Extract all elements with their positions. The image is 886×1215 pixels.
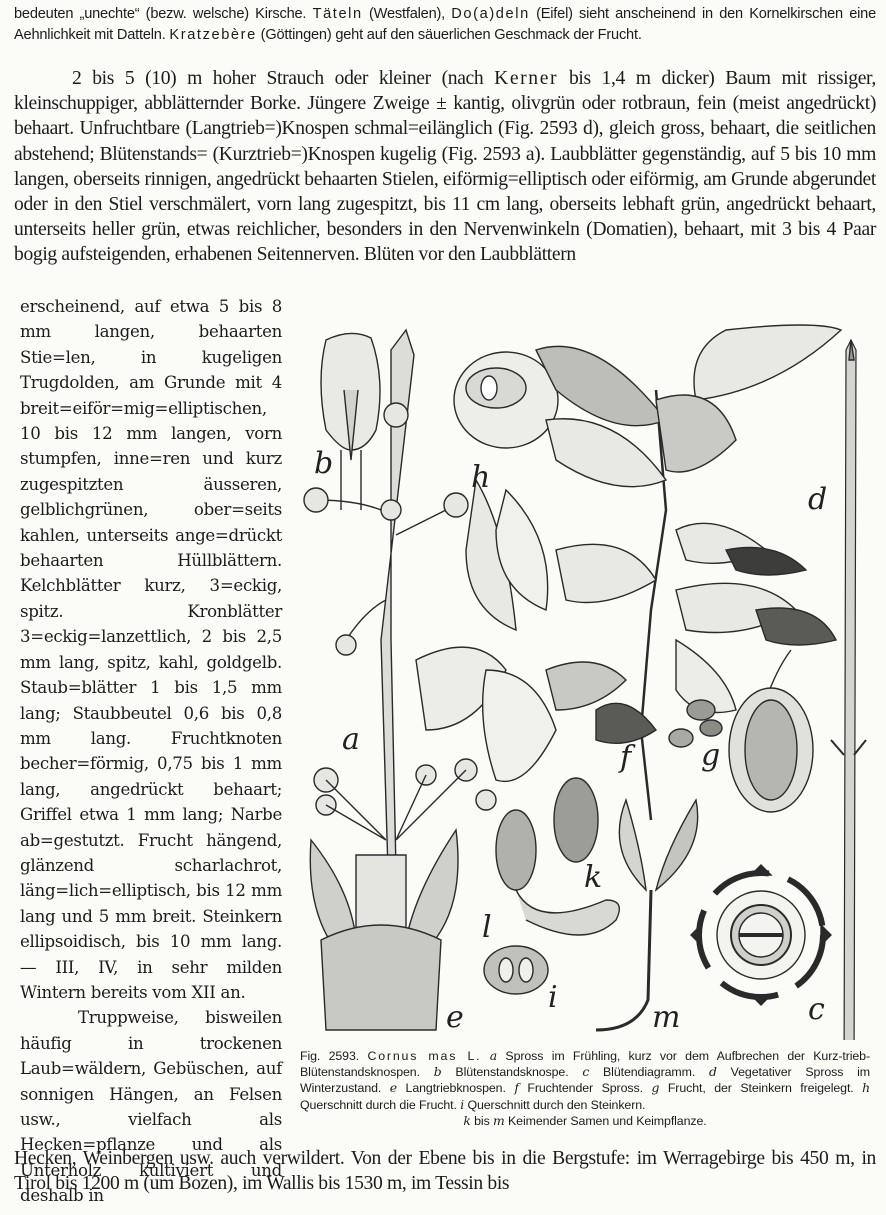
author-name: Kerner xyxy=(494,68,558,89)
vernacular-name: Täteln xyxy=(313,6,363,22)
figure-label-l: l xyxy=(482,910,492,945)
caption-label-a: a xyxy=(490,1048,497,1063)
description-paragraph: 2 bis 5 (10) m hoher Strauch oder kleine… xyxy=(14,66,876,268)
figure-label-m: m xyxy=(652,1000,680,1035)
caption-label-e: e xyxy=(390,1080,397,1095)
top-paragraph: bedeuten „unechte“ (bezw. welsche) Kirsc… xyxy=(14,4,876,45)
vernacular-name: Kratzebère xyxy=(169,27,256,43)
figure-label-f: f xyxy=(620,740,631,775)
caption-label-k: k xyxy=(463,1113,470,1128)
text-span: bis 1,4 m dicker) Baum mit rissiger, kle… xyxy=(14,68,876,265)
caption-label-m: m xyxy=(493,1113,505,1128)
caption-label-d: d xyxy=(709,1064,717,1079)
text-span: 2 bis 5 (10) m hoher Strauch oder kleine… xyxy=(72,68,483,89)
figure-label-h: h xyxy=(471,460,490,495)
caption-label-f: f xyxy=(514,1080,519,1095)
species-name: Cornus mas L. xyxy=(367,1049,481,1063)
text-span: bedeuten „unechte“ (bezw. welsche) Kirsc… xyxy=(14,6,306,22)
figure-label-c: c xyxy=(808,992,825,1027)
text-span: (Göttingen) geht auf den säuerlichen Ges… xyxy=(261,27,642,43)
caption-text-g: Frucht, der Steinkern freigelegt. xyxy=(668,1081,854,1095)
caption-label-i: i xyxy=(460,1097,464,1112)
caption-text: bis xyxy=(474,1114,490,1128)
figure-label-a: a xyxy=(342,722,360,757)
flower-description: erscheinend, auf etwa 5 bis 8 mm langen,… xyxy=(20,297,282,1002)
figure-label-b: b xyxy=(314,446,333,481)
figure-label-g: g xyxy=(701,738,720,773)
figure-label-d: d xyxy=(808,482,827,517)
text-span: (Westfalen), xyxy=(369,6,445,22)
caption-text-i: Querschnitt durch den Steinkern. xyxy=(467,1098,645,1112)
caption-text-f: Fruchtender Spross. xyxy=(527,1081,643,1095)
caption-text-h: Querschnitt durch die Frucht. xyxy=(300,1098,457,1112)
figure-number: Fig. 2593. xyxy=(300,1049,359,1063)
figure-label-k: k xyxy=(584,860,602,895)
figure-label-i: i xyxy=(548,980,558,1015)
caption-label-g: g xyxy=(651,1080,659,1095)
distribution-paragraph: Hecken, Weinbergen usw. auch verwildert.… xyxy=(14,1146,876,1196)
botanical-illustration: b h d a f g k l e i m c xyxy=(296,310,886,1040)
caption-text-km: Keimender Samen und Keimpflanze. xyxy=(508,1114,707,1128)
caption-label-h: h xyxy=(862,1080,870,1095)
vernacular-name: Do(a)deln xyxy=(451,6,529,22)
caption-text-b: Blütenstandsknospe. xyxy=(455,1065,568,1079)
caption-last-line: k bis m Keimender Samen und Keimpflanze. xyxy=(300,1113,870,1129)
figure-label-e: e xyxy=(446,1000,464,1035)
illustration-drawing xyxy=(296,310,886,1040)
caption-label-c: c xyxy=(582,1064,589,1079)
caption-text-c: Blütendiagramm. xyxy=(603,1065,695,1079)
caption-text-e: Langtriebknospen. xyxy=(406,1081,506,1095)
caption-label-b: b xyxy=(434,1064,442,1079)
left-column-text: erscheinend, auf etwa 5 bis 8 mm langen,… xyxy=(20,294,282,1209)
figure-caption: Fig. 2593. Cornus mas L. a Spross im Frü… xyxy=(300,1048,870,1129)
